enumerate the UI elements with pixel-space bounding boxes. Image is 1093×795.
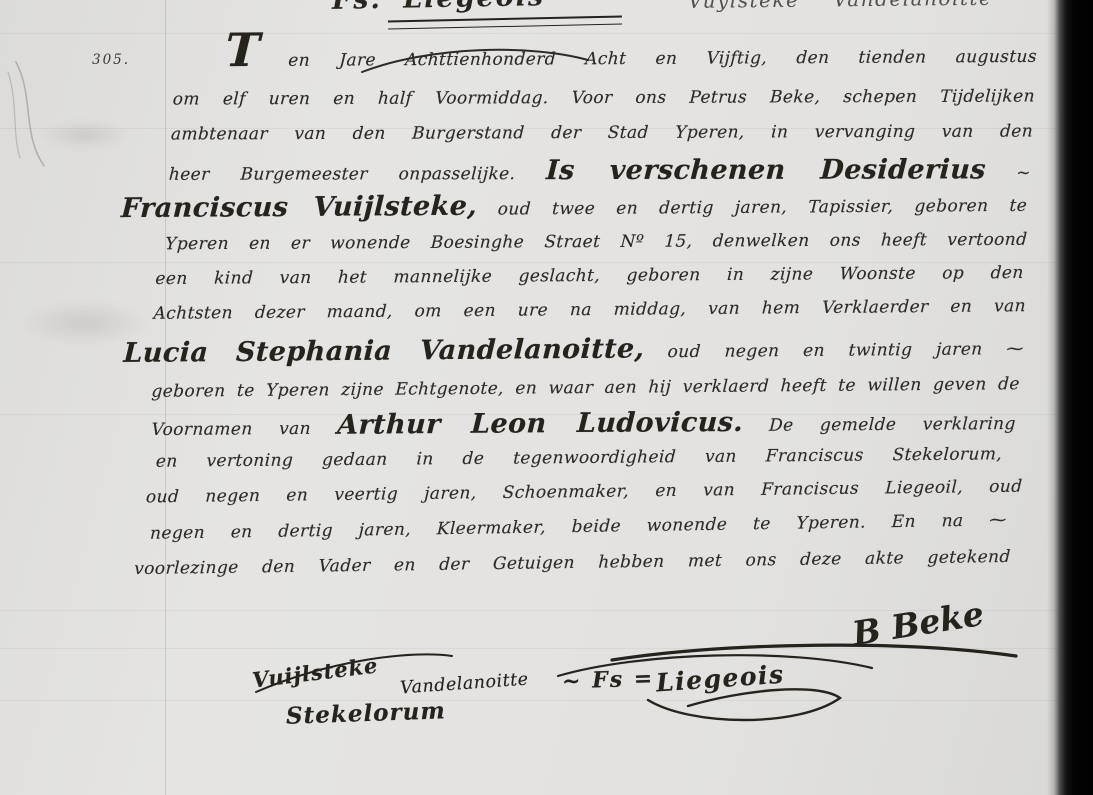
act-text-segment: Voornamen van [151, 419, 311, 440]
act-text-segment: oud twee en dertig jaren, Tapissier, geb… [497, 196, 1027, 220]
signature-witness-initials: ~ Fs = [562, 665, 655, 694]
act-line-8: Achtsten dezer maand, om een ure na midd… [153, 296, 1026, 324]
act-text-segment: geboren te Yperen zijne Echtgenote, en w… [151, 374, 1020, 402]
act-line-6: Yperen en er wonende Boesinghe Straet Nº… [165, 230, 1028, 255]
act-text-segment: De gemelde verklaring [769, 414, 1017, 436]
act-line-2: om elf uren en half Voormiddag. Voor ons… [172, 86, 1035, 109]
act-text-segment: oud negen en twintig jaren ⁓ [667, 339, 1024, 362]
act-line-14: negen en dertig jaren, Kleermaker, beide… [150, 510, 1007, 543]
act-body-text: T en Jare Achttienhonderd Acht en Vijfti… [0, 0, 1093, 795]
act-text-segment: oud negen en veertig jaren, Schoenmaker,… [146, 477, 1023, 508]
act-text-segment: Lucia Stephania Vandelanoitte, [123, 333, 645, 369]
act-text-segment: en Jare Achttienhonderd Acht en Vijftig,… [288, 47, 1038, 71]
act-line-7: een kind van het mannelijke geslacht, ge… [155, 263, 1024, 289]
act-text-segment: Achtsten dezer maand, om een ure na midd… [153, 296, 1026, 324]
act-line-4: heer Burgemeester onpasselijke. Is versc… [168, 154, 1032, 187]
act-text-segment: voorlezinge den Vader en der Getuigen he… [134, 547, 1011, 579]
act-text-segment: T [224, 23, 261, 77]
act-text-segment: Franciscus Vuijlsteke, [120, 191, 477, 224]
act-text-segment: Is verschenen Desiderius [545, 154, 986, 186]
act-text-segment: ~ [1016, 163, 1032, 183]
page-edge-dark-band [1047, 0, 1093, 795]
act-line-13: oud negen en veertig jaren, Schoenmaker,… [146, 477, 1023, 508]
act-line-12: en vertoning gedaan in de tegenwoordighe… [155, 444, 1002, 471]
act-line-11: Voornamen van Arthur Leon Ludovicus. De … [151, 405, 1017, 442]
act-text-segment: Yperen en er wonende Boesinghe Straet Nº… [165, 230, 1028, 255]
signature-witness-stekelorum: Stekelorum [286, 697, 447, 730]
act-text-segment: Arthur Leon Ludovicus. [337, 407, 744, 441]
act-text-segment: negen en dertig jaren, Kleermaker, beide… [150, 510, 1007, 543]
act-line-10: geboren te Yperen zijne Echtgenote, en w… [151, 374, 1020, 402]
act-text-segment: ambtenaar van den Burgerstand der Stad Y… [170, 121, 1033, 144]
act-text-segment: en vertoning gedaan in de tegenwoordighe… [155, 444, 1002, 471]
act-text-segment: heer Burgemeester onpasselijke. [168, 164, 516, 185]
act-line-9: Lucia Stephania Vandelanoitte, oud negen… [123, 330, 1025, 369]
act-line-15: voorlezinge den Vader en der Getuigen he… [134, 547, 1011, 579]
act-text-segment: om elf uren en half Voormiddag. Voor ons… [172, 86, 1035, 109]
act-text-segment: een kind van het mannelijke geslacht, ge… [155, 263, 1024, 289]
act-line-3: ambtenaar van den Burgerstand der Stad Y… [170, 121, 1033, 144]
document-page: Fs. Liegeois Vuylsteke Vandelanoitte 305… [0, 0, 1093, 795]
act-line-1: T en Jare Achttienhonderd Acht en Vijfti… [224, 46, 1037, 71]
act-line-5: Franciscus Vuijlsteke, oud twee en derti… [120, 187, 1028, 224]
